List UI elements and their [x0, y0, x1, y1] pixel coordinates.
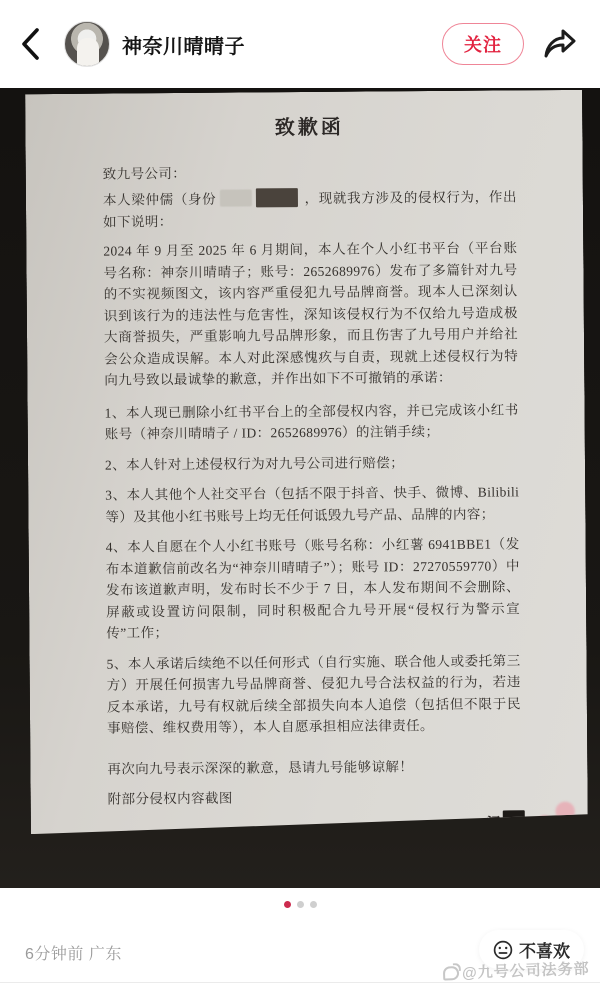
commitment-item-4: 4、本人自愿在个人小红书账号（账号名称：小红薯 6941BBE1（发布本道歉信前…	[106, 533, 521, 644]
commitment-item-5: 5、本人承诺后续绝不以任何形式（自行实施、联合他人或委托第三方）开展任何损害九号…	[106, 650, 521, 739]
follow-button[interactable]: 关注	[442, 23, 524, 65]
id-number-blur	[457, 843, 501, 859]
share-button[interactable]	[540, 24, 580, 64]
avatar[interactable]	[64, 21, 110, 67]
date-line: 日期：2025 年 12 月 17 日	[395, 871, 555, 887]
signer-label: 致歉人（签字按手印）	[395, 821, 534, 837]
signature-redaction	[503, 810, 525, 840]
apology-letter-paper: 致歉函 致九号公司： 本人梁仲儒（身份，现就我方涉及的侵权行为，作出如下说明： …	[25, 90, 588, 834]
commitment-item-2: 2、本人针对上述侵权行为对九号公司进行赔偿；	[105, 451, 519, 476]
post-detail-screen: 神奈川晴晴子 关注 致歉函 致九号公司： 本人梁仲儒（身份，现就我方涉及的侵权行…	[0, 0, 600, 986]
account-watermark: @九号公司法务部	[443, 957, 590, 983]
username[interactable]: 神奈川晴晴子	[122, 30, 245, 59]
date-blur-right	[563, 867, 587, 881]
attachment-note: 附部分侵权内容截图	[108, 785, 522, 810]
commitment-item-3: 3、本人其他个人社交平台（包括不限于抖音、快手、微博、Bilibili 等）及其…	[105, 481, 519, 527]
share-arrow-icon	[543, 28, 577, 60]
signature-block: 致歉人（签字按手印） 身份证号 日期：2025 年 12 月 17 日	[395, 815, 600, 888]
header-actions: 关注	[442, 23, 580, 65]
date-blur-left	[435, 865, 461, 872]
back-chevron-icon	[20, 26, 42, 62]
salutation: 致九号公司：	[103, 160, 517, 185]
back-button[interactable]	[20, 24, 50, 64]
header-bar: 神奈川晴晴子 关注	[0, 0, 600, 88]
closing-line: 再次向九号表示深深的歉意，恳请九号能够谅解！	[107, 755, 521, 780]
account-watermark-text: @九号公司法务部	[462, 957, 590, 982]
intro-line: 本人梁仲儒（身份，现就我方涉及的侵权行为，作出如下说明：	[103, 186, 517, 232]
carousel-pagination	[0, 901, 600, 908]
apology-letter: 致歉函 致九号公司： 本人梁仲儒（身份，现就我方涉及的侵权行为，作出如下说明： …	[25, 90, 588, 834]
expressionless-face-icon	[493, 940, 513, 960]
id-dark-redaction	[256, 188, 298, 207]
carousel-dot-3[interactable]	[310, 901, 317, 908]
id-row: 身份证号	[395, 840, 600, 867]
commitment-item-1: 1、本人现已删除小红书平台上的全部侵权内容，并已完成该小红书账号（神奈川晴晴子 …	[105, 399, 519, 445]
weibo-icon	[443, 966, 459, 981]
id-blur-redaction	[220, 189, 252, 206]
signer-row: 致歉人（签字按手印）	[395, 815, 600, 842]
fingerprint-stamp	[529, 793, 581, 851]
carousel-dot-2[interactable]	[297, 901, 304, 908]
document-title: 致歉函	[102, 116, 516, 141]
intro-prefix: 本人梁仲儒（身份	[103, 192, 217, 208]
post-meta: 6分钟前 广东	[25, 941, 122, 964]
date-row: 日期：2025 年 12 月 17 日	[395, 865, 600, 888]
bottom-divider	[0, 982, 600, 983]
lead-paragraph: 2024 年 9 月至 2025 年 6 月期间，本人在个人小红书平台（平台账号…	[103, 237, 518, 391]
post-image[interactable]: 致歉函 致九号公司： 本人梁仲儒（身份，现就我方涉及的侵权行为，作出如下说明： …	[0, 88, 600, 888]
carousel-dot-1[interactable]	[284, 901, 291, 908]
id-label: 身份证号	[395, 846, 451, 861]
